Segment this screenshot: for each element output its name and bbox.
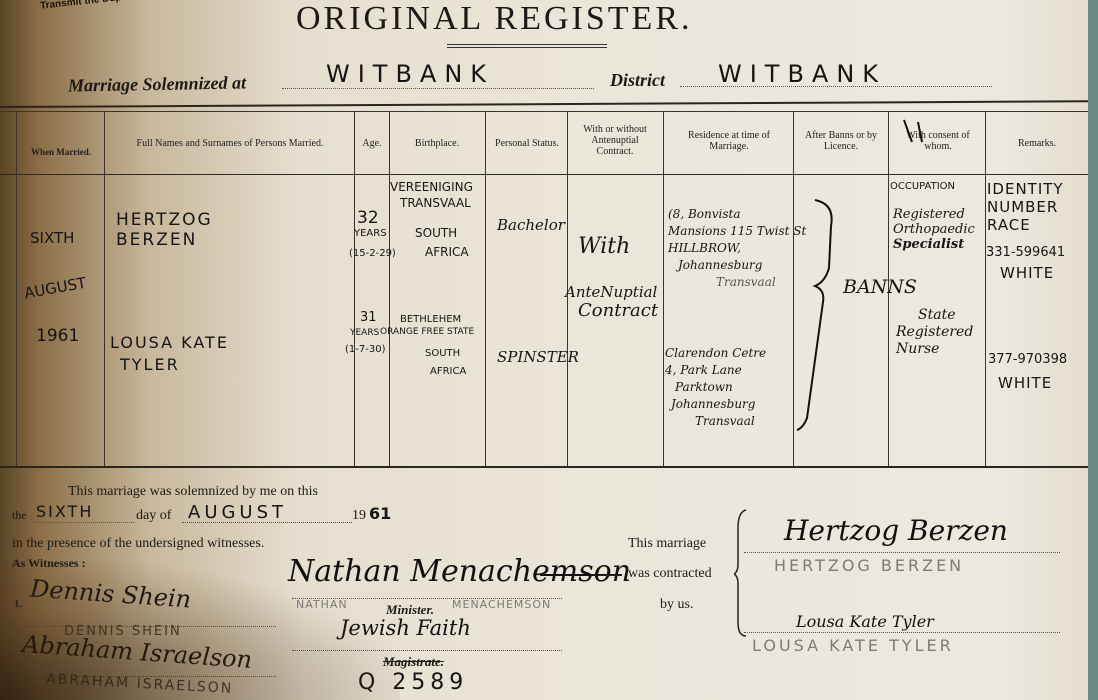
groom-occupation-line: Registered [893, 207, 975, 222]
bride-printed: LOUSA KATE TYLER [752, 636, 954, 655]
groom-dob: (15-2-29) [349, 248, 396, 260]
remarks-number-label: NUMBER [987, 198, 1064, 216]
bride-dob: (1-7-30) [345, 344, 385, 356]
col-header-residence: Residence at time of Marriage. [670, 130, 788, 152]
page-title: ORIGINAL REGISTER. [296, 0, 693, 38]
bride-status: SPINSTER [497, 348, 579, 366]
col-header-remarks: Remarks. [988, 138, 1086, 149]
month-value: AUGUST [188, 502, 287, 523]
solemnized-label: Marriage Solemnized at [68, 72, 246, 96]
groom-signature-line [744, 552, 1060, 553]
contracted-dash [598, 575, 622, 576]
bride-surname: TYLER [110, 354, 229, 376]
witness-1-number: 1. [14, 598, 22, 610]
district-value: WITBANK [718, 60, 886, 88]
day-of-label: day of [136, 508, 171, 524]
the-label: the [12, 508, 27, 523]
when-married-day: SIXTH [30, 230, 74, 247]
contract-antenuptial: AnteNuptial [565, 283, 657, 301]
col-divider [485, 111, 486, 466]
groom-first-name: HERTZOG [116, 210, 213, 230]
contract-with: With [578, 234, 630, 259]
col-header-names: Full Names and Surnames of Persons Marri… [108, 138, 352, 149]
bride-occupation: State Registered Nurse [896, 307, 973, 358]
solemnized-value: WITBANK [326, 60, 494, 88]
groom-race: WHITE [1000, 264, 1054, 282]
col-divider [663, 111, 664, 466]
bride-birthplace-1: BETHLEHEM [400, 314, 461, 326]
faith-line [292, 650, 562, 651]
bride-residence: Clarendon Cetre 4, Park Lane Parktown Jo… [665, 345, 766, 430]
bride-race: WHITE [998, 374, 1052, 392]
groom-occupation-line: Orthopaedic [893, 222, 975, 237]
groom-residence-line: Transvaal [668, 274, 806, 291]
contracted-brace [734, 508, 748, 638]
contracted-line-1: This marriage [628, 536, 706, 552]
groom-printed: HERTZOG BERZEN [774, 556, 964, 575]
groom-birthplace-4: AFRICA [425, 245, 469, 259]
groom-age: 32 [357, 208, 379, 228]
year-value: 61 [369, 504, 391, 523]
groom-residence-line: (8, Bonvista [668, 206, 806, 223]
witnesses-label: As Witnesses : [12, 556, 86, 571]
bride-residence-line: Transvaal [665, 413, 766, 430]
bride-birthplace-4: AFRICA [430, 366, 466, 378]
bride-signature: Lousa Kate Tyler [796, 612, 934, 631]
remarks-header-override: IDENTITY NUMBER RACE [987, 180, 1064, 234]
contracted-line-3: by us. [660, 597, 693, 613]
col-divider [354, 111, 355, 466]
witness-2-printed: ABRAHAM ISRAELSON [46, 671, 234, 697]
bride-birthplace-2: ORANGE FREE STATE [380, 326, 474, 338]
remarks-race-label: RACE [987, 216, 1064, 234]
groom-residence-line: Johannesburg [668, 257, 806, 274]
minister-printed-last: MENACHEMSON [452, 598, 551, 611]
minister-signature: Nathan Menachemson [288, 554, 631, 589]
day-value: SIXTH [36, 502, 93, 521]
col-divider [985, 111, 986, 466]
col-header-birthplace: Birthplace. [391, 138, 483, 149]
bride-signature-line [744, 632, 1060, 633]
faith-value: Jewish Faith [340, 616, 471, 640]
month-line [182, 522, 352, 523]
groom-residence: (8, Bonvista Mansions 115 Twist St HILLB… [668, 206, 806, 291]
groom-birthplace-3: SOUTH [415, 226, 457, 240]
occupation-header-override: OCCUPATION [890, 181, 955, 193]
col-divider [104, 111, 105, 466]
table-bottom-border [0, 466, 1088, 468]
col-header-when: When Married. [20, 147, 102, 158]
district-label: District [610, 70, 665, 91]
presence-statement: in the presence of the undersigned witne… [12, 536, 264, 552]
bride-residence-line: Parktown [665, 379, 766, 396]
bride-identity-number: 377-970398 [988, 353, 1067, 367]
banns-value: BANNS [843, 276, 917, 298]
bride-residence-line: 4, Park Lane [665, 362, 766, 379]
col-header-age: Age. [356, 138, 388, 149]
groom-residence-line: Mansions 115 Twist St [668, 223, 806, 240]
col-header-banns: After Banns or by Licence. [798, 130, 884, 152]
corner-print-text: Transmit the Dup... [40, 0, 131, 12]
consent-strikeout-mark [900, 118, 930, 144]
groom-signature: Hertzog Berzen [784, 514, 1008, 547]
contracted-line-2: was contracted [628, 566, 712, 582]
groom-identity-number: 331-599641 [986, 246, 1065, 260]
bride-age-unit: YEARS [350, 327, 379, 339]
bride-first-name: LOUSA KATE [110, 332, 229, 354]
banns-brace [795, 198, 845, 438]
col-header-status: Personal Status. [487, 138, 567, 149]
bride-residence-line: Johannesburg [665, 396, 766, 413]
when-married-month: AUGUST [23, 275, 88, 303]
groom-occupation: Registered Orthopaedic Specialist [893, 207, 975, 252]
groom-age-unit: YEARS [354, 228, 387, 240]
contract-contract: Contract [578, 300, 658, 321]
register-page: Transmit the Dup... ORIGINAL REGISTER. M… [0, 0, 1088, 700]
bride-residence-line: Clarendon Cetre [665, 345, 766, 362]
groom-name: HERTZOG BERZEN [116, 210, 213, 250]
bride-occupation-line: Registered [896, 324, 973, 341]
solemnized-line [282, 88, 594, 89]
groom-surname: BERZEN [116, 230, 213, 250]
magistrate-label: Magistrate. [383, 654, 444, 670]
groom-occupation-line: Specialist [893, 237, 975, 252]
table-top-border [0, 100, 1088, 108]
officer-number: Q 2589 [358, 670, 468, 695]
bride-age: 31 [360, 310, 377, 325]
title-rule [447, 44, 607, 48]
table-top-border-inner [0, 111, 1088, 112]
minister-printed-first: NATHAN [296, 598, 348, 611]
bride-occupation-line: State [896, 307, 973, 324]
day-line [34, 522, 134, 523]
col-divider [16, 111, 17, 466]
solemnized-statement: This marriage was solemnized by me on th… [68, 484, 318, 500]
groom-residence-line: HILLBROW, [668, 240, 806, 257]
remarks-identity-label: IDENTITY [987, 180, 1064, 198]
table-header-divider [0, 174, 1088, 175]
groom-birthplace-1: VEREENIGING [390, 180, 473, 194]
bride-occupation-line: Nurse [896, 341, 973, 358]
witness-1-signature: Dennis Shein [29, 574, 192, 613]
col-divider [389, 111, 390, 466]
when-married-year: 1961 [36, 328, 79, 345]
year-prefix: 19 [352, 508, 366, 524]
groom-status: Bachelor [497, 216, 565, 234]
groom-birthplace-2: TRANSVAAL [400, 196, 471, 210]
bride-birthplace-3: SOUTH [425, 348, 460, 360]
bride-name: LOUSA KATE TYLER [110, 332, 229, 376]
col-header-contract: With or without Antenuptial Contract. [572, 124, 658, 157]
